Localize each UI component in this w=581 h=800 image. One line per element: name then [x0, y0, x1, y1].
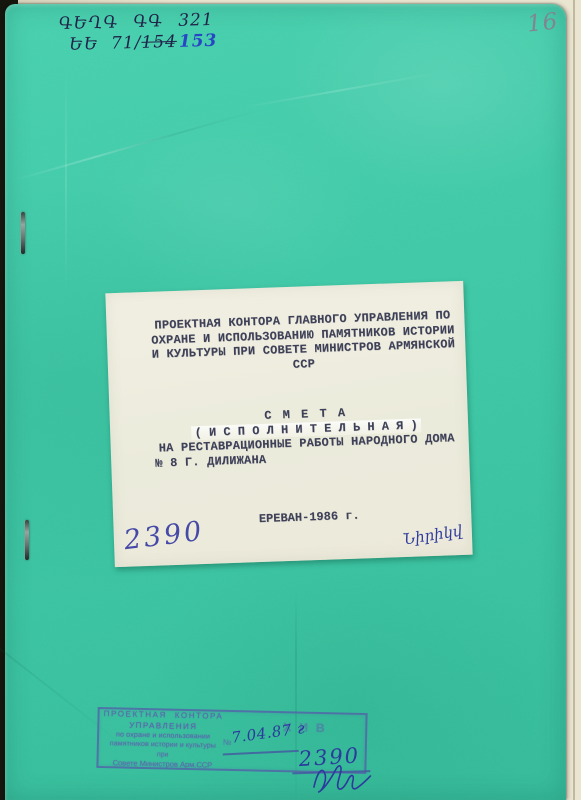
staple [25, 520, 29, 560]
handwritten-archive-codes: ԳԵՂԳ ԳԳ 321 ԵԵ 71/154153 [52, 10, 217, 55]
fold-crease [65, 64, 67, 294]
number-sign: № [223, 738, 232, 747]
stamp-fill-line [223, 750, 299, 756]
handwritten-signature: Նիրիկվ [402, 524, 463, 548]
stamp-line: Совете Министров Арм.ССР [100, 758, 224, 771]
staple [21, 212, 25, 254]
page-edge-line [573, 0, 575, 800]
archive-code-line2: ԵԵ 71/154153 [69, 31, 218, 55]
label-text-block: ПРОЕКТНАЯ КОНТОРА ГЛАВНОГО УПРАВЛЕНИЯ ПО… [105, 281, 471, 532]
archive-code-line1: ԳԵՂԳ ԳԳ 321 [58, 10, 217, 34]
scanned-cover-page: ԳԵՂԳ ԳԳ 321 ԵԵ 71/154153 16 ПРОЕКТНАЯ КО… [0, 0, 581, 800]
fold-crease [15, 110, 256, 181]
booklet-cover: ԳԵՂԳ ԳԳ 321 ԵԵ 71/154153 16 ПРОЕКТНАЯ КО… [5, 4, 566, 800]
signature-scribble [308, 758, 375, 797]
fold-crease [240, 72, 437, 109]
handwritten-inventory-number: 2390 [123, 525, 205, 549]
archive-rubber-stamp: ПРОЕКТНАЯ КОНТОРА УПРАВЛЕНИЯ по охране и… [96, 707, 367, 774]
archive-code-prefix: ԵԵ 71/ [69, 33, 142, 55]
pencil-page-number: 16 [526, 8, 560, 37]
archive-code-old-number: 154 [141, 32, 177, 53]
handwritten-stamp-date: 7.04.87 г [230, 719, 306, 747]
archive-code-corrected-number: 153 [179, 31, 218, 52]
typewritten-title-label: ПРОЕКТНАЯ КОНТОРА ГЛАВНОГО УПРАВЛЕНИЯ ПО… [105, 281, 472, 567]
stamp-text-block: ПРОЕКТНАЯ КОНТОРА УПРАВЛЕНИЯ по охране и… [100, 709, 225, 770]
